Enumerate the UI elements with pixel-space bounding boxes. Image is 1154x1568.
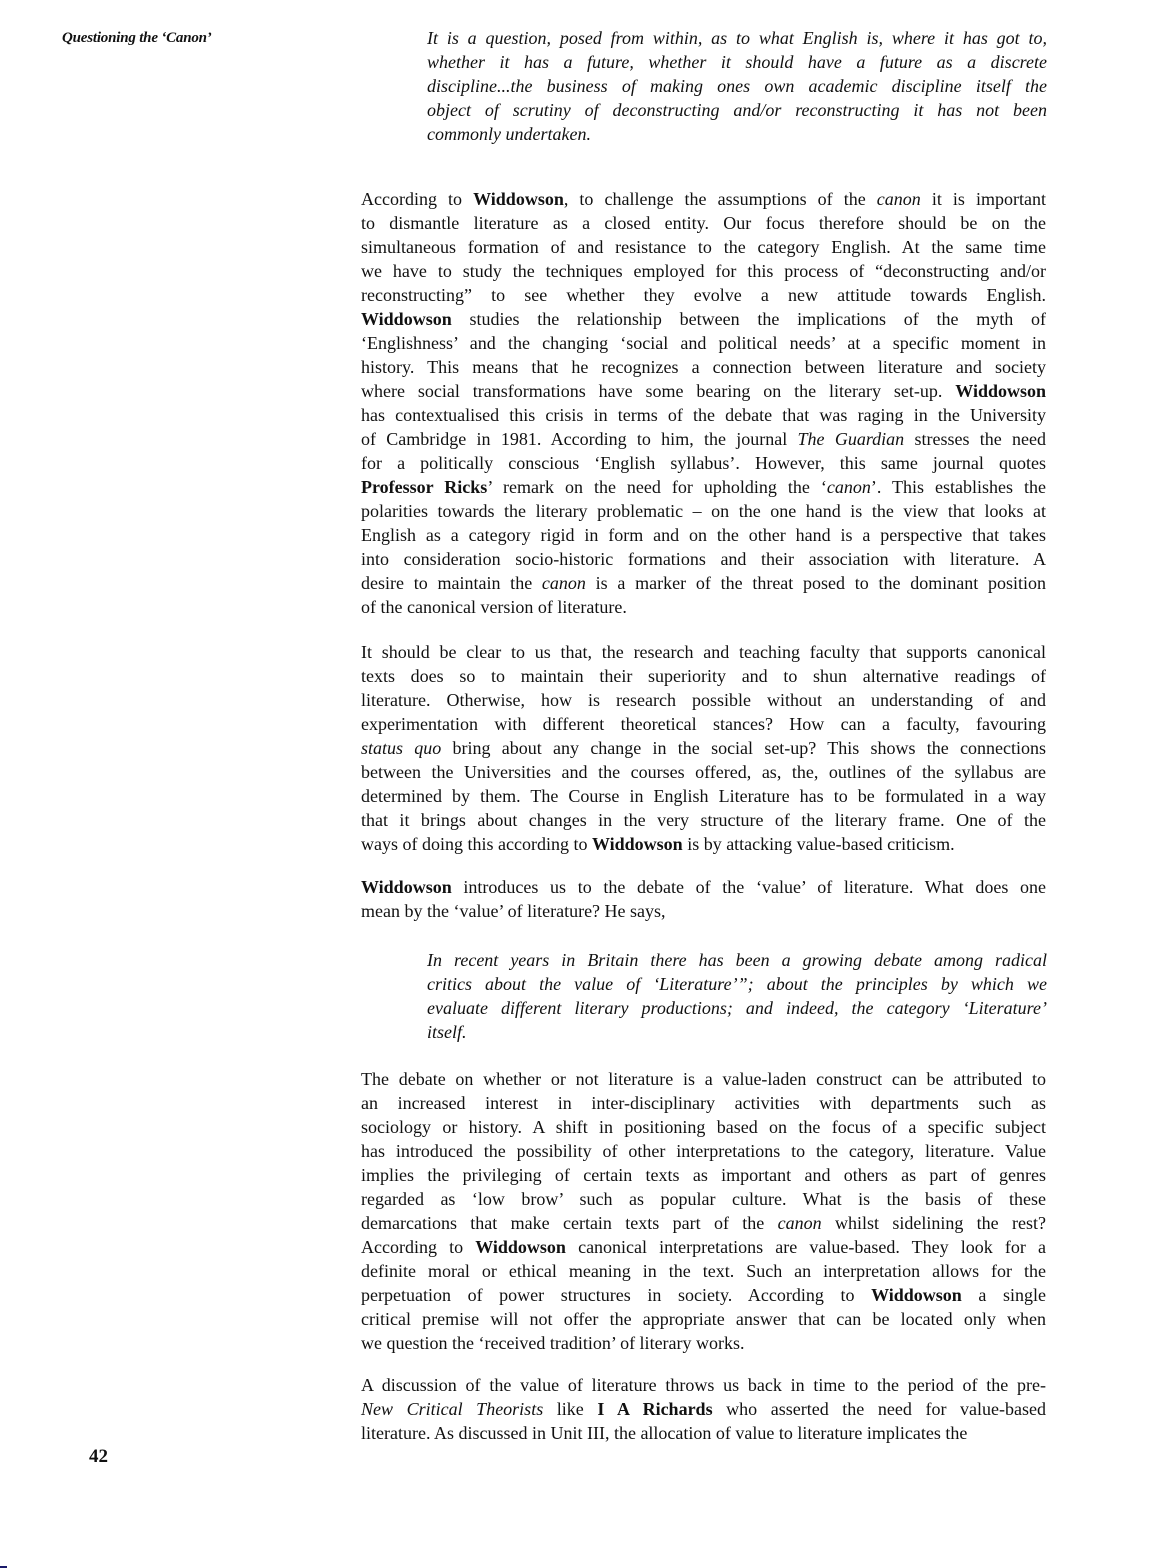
text-line: has contextualised this crisis in terms … [361, 403, 1046, 427]
block-quote-1: It is a question, posed from within, as … [427, 26, 1047, 146]
paragraph-4: The debate on whether or not literature … [361, 1067, 1046, 1355]
text-line: evaluate different literary productions;… [427, 996, 1047, 1020]
text-line: It should be clear to us that, the resea… [361, 640, 1046, 664]
text-line: we question the ‘received tradition’ of … [361, 1331, 1046, 1355]
text-line: that it brings about changes in the very… [361, 808, 1046, 832]
text-line: of Cambridge in 1981. According to him, … [361, 427, 1046, 451]
block-quote-2: In recent years in Britain there has bee… [427, 948, 1047, 1044]
paragraph-2: It should be clear to us that, the resea… [361, 640, 1046, 856]
text-line: English as a category rigid in form and … [361, 523, 1046, 547]
text-line: According to Widdowson canonical interpr… [361, 1235, 1046, 1259]
text-line: Professor Ricks’ remark on the need for … [361, 475, 1046, 499]
text-line: It is a question, posed from within, as … [427, 26, 1047, 50]
running-head: Questioning the ‘Canon’ [62, 30, 212, 47]
text-line: mean by the ‘value’ of literature? He sa… [361, 899, 1046, 923]
text-line: whether it has a future, whether it shou… [427, 50, 1047, 74]
text-line: sociology or history. A shift in positio… [361, 1115, 1046, 1139]
text-line: definite moral or ethical meaning in the… [361, 1259, 1046, 1283]
text-line: In recent years in Britain there has bee… [427, 948, 1047, 972]
text-line: where social transformations have some b… [361, 379, 1046, 403]
text-line: reconstructing” to see whether they evol… [361, 283, 1046, 307]
page-number: 42 [89, 1446, 108, 1468]
text-line: ‘Englishness’ and the changing ‘social a… [361, 331, 1046, 355]
text-line: regarded as ‘low brow’ such as popular c… [361, 1187, 1046, 1211]
text-line: we have to study the techniques employed… [361, 259, 1046, 283]
text-line: experimentation with different theoretic… [361, 712, 1046, 736]
text-line: an increased interest in inter-disciplin… [361, 1091, 1046, 1115]
text-line: of the canonical version of literature. [361, 595, 1046, 619]
text-line: implies the privileging of certain texts… [361, 1163, 1046, 1187]
text-line: literature. As discussed in Unit III, th… [361, 1421, 1046, 1445]
text-line: critics about the value of ‘Literature’”… [427, 972, 1047, 996]
text-line: critical premise will not offer the appr… [361, 1307, 1046, 1331]
text-line: for a politically conscious ‘English syl… [361, 451, 1046, 475]
text-line: New Critical Theorists like I A Richards… [361, 1397, 1046, 1421]
text-line: Widdowson studies the relationship betwe… [361, 307, 1046, 331]
paragraph-1: According to Widdowson, to challenge the… [361, 187, 1046, 619]
text-line: simultaneous formation of and resistance… [361, 235, 1046, 259]
paragraph-5: A discussion of the value of literature … [361, 1373, 1046, 1445]
text-line: demarcations that make certain texts par… [361, 1211, 1046, 1235]
text-line: polarities towards the literary problema… [361, 499, 1046, 523]
text-line: The debate on whether or not literature … [361, 1067, 1046, 1091]
text-line: object of scrutiny of deconstructing and… [427, 98, 1047, 122]
text-line: Widdowson introduces us to the debate of… [361, 875, 1046, 899]
text-line: literature. Otherwise, how is research p… [361, 688, 1046, 712]
text-line: has introduced the possibility of other … [361, 1139, 1046, 1163]
text-line: status quo bring about any change in the… [361, 736, 1046, 760]
text-line: itself. [427, 1020, 1047, 1044]
text-line: commonly undertaken. [427, 122, 1047, 146]
text-line: perpetuation of power structures in soci… [361, 1283, 1046, 1307]
paragraph-3: Widdowson introduces us to the debate of… [361, 875, 1046, 923]
text-line: texts does so to maintain their superior… [361, 664, 1046, 688]
text-line: between the Universities and the courses… [361, 760, 1046, 784]
text-line: history. This means that he recognizes a… [361, 355, 1046, 379]
text-line: A discussion of the value of literature … [361, 1373, 1046, 1397]
text-line: determined by them. The Course in Englis… [361, 784, 1046, 808]
text-line: ways of doing this according to Widdowso… [361, 832, 1046, 856]
text-line: to dismantle literature as a closed enti… [361, 211, 1046, 235]
text-line: discipline...the business of making ones… [427, 74, 1047, 98]
text-line: desire to maintain the canon is a marker… [361, 571, 1046, 595]
text-line: According to Widdowson, to challenge the… [361, 187, 1046, 211]
text-line: into consideration socio-historic format… [361, 547, 1046, 571]
